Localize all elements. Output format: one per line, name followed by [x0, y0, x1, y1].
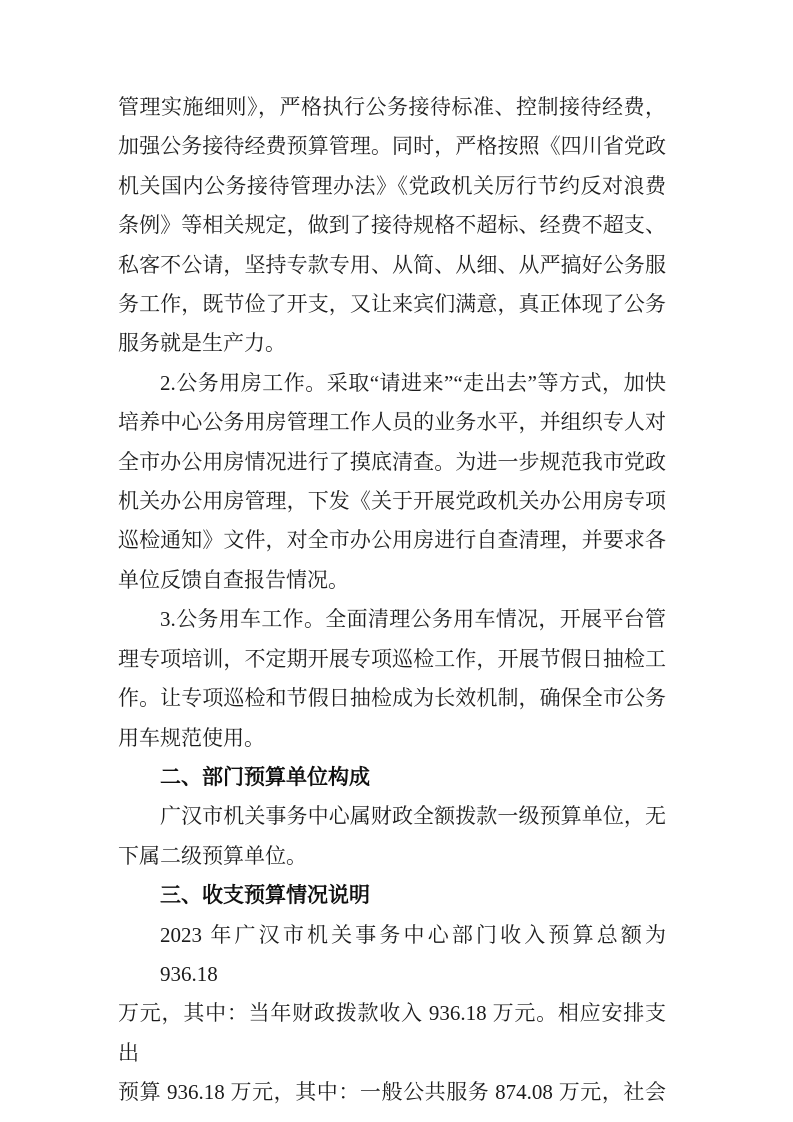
paragraph-line: 2.公务用房工作。采取“请进来”“走出去”等方式，加快 [118, 364, 666, 403]
paragraph-line: 单位反馈自查报告情况。 [118, 561, 666, 600]
paragraph-line: 理专项培训，不定期开展专项巡检工作，开展节假日抽检工 [118, 640, 666, 679]
paragraph-line: 私客不公请，坚持专款专用、从简、从细、从严搞好公务服 [118, 246, 666, 285]
paragraph-line: 培养中心公务用房管理工作人员的业务水平，并组织专人对 [118, 403, 666, 442]
paragraph-line: 用车规范使用。 [118, 719, 666, 758]
paragraph-line: 作。让专项巡检和节假日抽检成为长效机制，确保全市公务 [118, 679, 666, 718]
section-heading-revenue-expenditure-budget: 三、收支预算情况说明 [118, 876, 666, 915]
paragraph-official-vehicles: 3.公务用车工作。全面清理公务用车情况，开展平台管 理专项培训，不定期开展专项巡… [118, 600, 666, 758]
section-heading-text: 三、收支预算情况说明 [118, 876, 666, 915]
paragraph-line: 管理实施细则》，严格执行公务接待标准、控制接待经费， [118, 88, 666, 127]
paragraph-budget-unit-composition: 广汉市机关事务中心属财政全额拨款一级预算单位，无 下属二级预算单位。 [118, 797, 666, 876]
paragraph-line: 全市办公用房情况进行了摸底清查。为进一步规范我市党政 [118, 443, 666, 482]
paragraph-line: 广汉市机关事务中心属财政全额拨款一级预算单位，无 [118, 797, 666, 836]
paragraph-line: 万元，其中：当年财政拨款收入 936.18 万元。相应安排支出 [118, 994, 666, 1073]
section-heading-budget-unit-composition: 二、部门预算单位构成 [118, 758, 666, 797]
paragraph-line: 机关办公用房管理，下发《关于开展党政机关办公用房专项 [118, 482, 666, 521]
paragraph-line: 下属二级预算单位。 [118, 837, 666, 876]
section-heading-text: 二、部门预算单位构成 [118, 758, 666, 797]
paragraph-line: 巡检通知》文件，对全市办公用房进行自查清理，并要求各 [118, 521, 666, 560]
page-text-content: 管理实施细则》，严格执行公务接待标准、控制接待经费， 加强公务接待经费预算管理。… [118, 88, 666, 1113]
paragraph-budget-figures: 2023 年广汉市机关事务中心部门收入预算总额为 936.18 万元，其中：当年… [118, 916, 666, 1113]
paragraph-line: 机关国内公务接待管理办法》《党政机关厉行节约反对浪费 [118, 167, 666, 206]
paragraph-line: 加强公务接待经费预算管理。同时，严格按照《四川省党政 [118, 127, 666, 166]
paragraph-line: 务工作，既节俭了开支，又让来宾们满意，真正体现了公务 [118, 285, 666, 324]
paragraph-line: 3.公务用车工作。全面清理公务用车情况，开展平台管 [118, 600, 666, 639]
paragraph-office-housing: 2.公务用房工作。采取“请进来”“走出去”等方式，加快 培养中心公务用房管理工作… [118, 364, 666, 600]
paragraph-line: 条例》等相关规定，做到了接待规格不超标、经费不超支、 [118, 206, 666, 245]
paragraph-line: 服务就是生产力。 [118, 324, 666, 363]
paragraph-line: 2023 年广汉市机关事务中心部门收入预算总额为 936.18 [118, 916, 666, 995]
paragraph-official-reception: 管理实施细则》，严格执行公务接待标准、控制接待经费， 加强公务接待经费预算管理。… [118, 88, 666, 364]
document-page: 管理实施细则》，严格执行公务接待标准、控制接待经费， 加强公务接待经费预算管理。… [0, 0, 793, 1122]
paragraph-line: 预算 936.18 万元，其中：一般公共服务 874.08 万元，社会 [118, 1073, 666, 1112]
